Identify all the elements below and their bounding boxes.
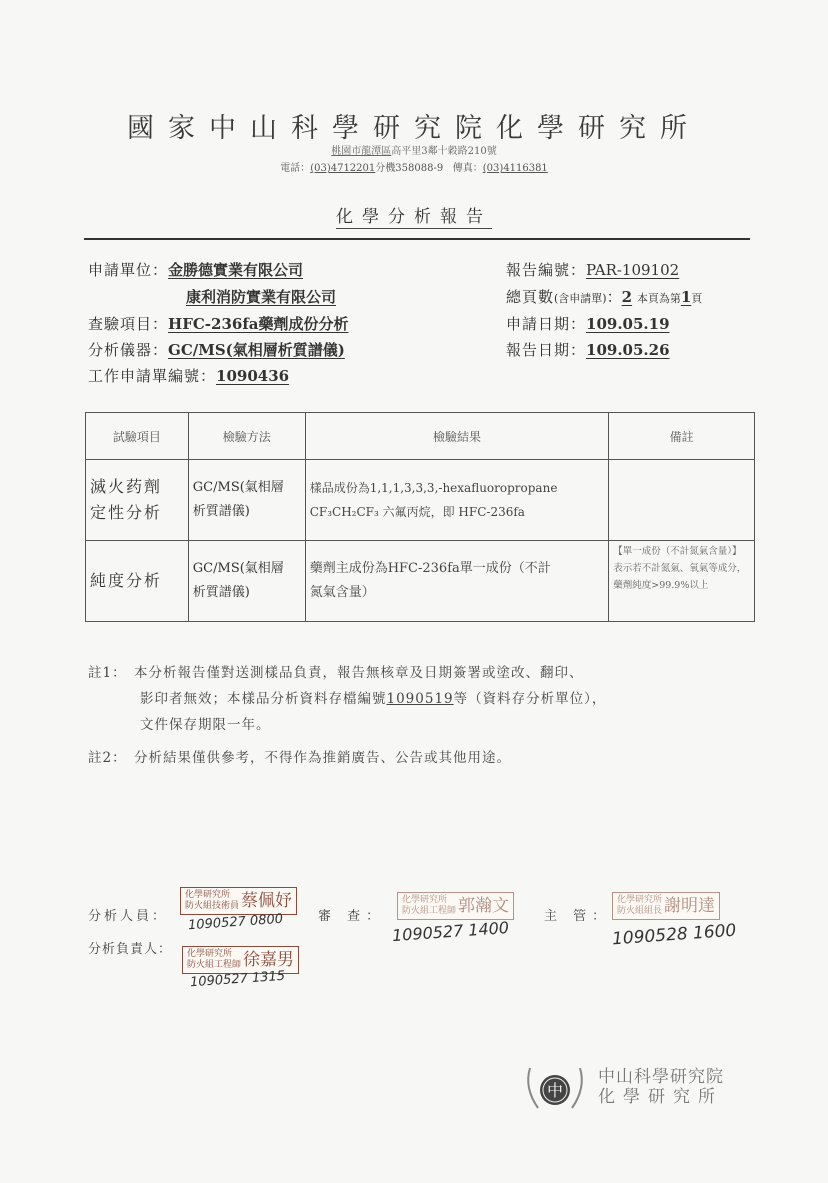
applicant-field: 申請單位：金勝德實業有限公司: [88, 259, 303, 280]
analyst-label: 分析人員：: [88, 905, 168, 924]
stamp-org-line: 防火組工程師: [402, 906, 456, 916]
results-table: 試驗項目 檢驗方法 檢驗結果 備註 滅火药劑 定性分析 GC/MS(氣相層 析質…: [85, 412, 755, 622]
applicant-value-1: 金勝德實業有限公司: [168, 261, 303, 279]
instrument-field: 分析儀器：GC/MS(氣相層析質譜儀): [88, 339, 345, 360]
row-method: GC/MS(氣相層 析質譜儀): [188, 541, 305, 622]
tel-label: 電話：: [280, 163, 310, 174]
reviewer-stamp: 化學研究所防火組工程師郭瀚文: [397, 892, 514, 920]
total-pages-colon: ：: [607, 288, 622, 306]
note-1-line-1: 本分析報告僅對送測樣品負責，報告無核章及日期簽署或塗改、翻印、: [134, 665, 584, 681]
stamp-org: 化學研究所防火組工程師: [402, 895, 456, 917]
document-title-text: 化學分析報告: [336, 207, 492, 229]
stamp-org-line: 防火組工程師: [187, 960, 241, 970]
instrument-label: 分析儀器：: [88, 341, 168, 359]
row-result: 藥劑主成份為HFC-236fa單一成份（不計 氮氣含量）: [305, 541, 609, 622]
institute-logo-text: 中山科學研究院 化學研究所: [598, 1067, 724, 1107]
note-1-line-2b: 等（資料存分析單位），: [454, 691, 607, 707]
total-pages-label: 總頁數: [506, 288, 554, 306]
applicant-field-line2: 康利消防實業有限公司: [186, 286, 336, 307]
supervisor-signed-date: 1090528 1600: [611, 921, 736, 950]
apply-date-value: 109.05.19: [586, 315, 670, 333]
note-2-tag: 註2：: [88, 745, 134, 771]
row-result-line: CF₃CH₂CF₃ 六氟丙烷，即 HFC-236fa: [310, 500, 605, 524]
total-pages-field: 總頁數(含申請單)：2 本頁為第1頁: [506, 286, 702, 307]
organization-address: 桃園市龍潭區高平里3鄰十穀路210號: [0, 142, 828, 157]
supervisor-label: 主 管：: [544, 905, 611, 924]
fax-number: (03)4116381: [483, 163, 548, 174]
row-item-line: 滅火药劑: [90, 474, 184, 500]
row-item-line: 純度分析: [90, 568, 184, 594]
supervisor-name: 謝明達: [664, 900, 715, 912]
header-divider: [84, 238, 750, 240]
institute-logo: 中: [520, 1058, 590, 1118]
row-item: 滅火药劑 定性分析: [86, 460, 189, 541]
tel-extension: 分機358088-9: [375, 163, 443, 174]
row-item: 純度分析: [86, 541, 189, 622]
report-date-value: 109.05.26: [586, 341, 670, 359]
row-item-line: 定性分析: [90, 500, 184, 526]
reviewer-name: 郭瀚文: [458, 900, 509, 912]
row-result-line: 樣品成份為1,1,1,3,3,3,-hexafluoropropane: [310, 476, 605, 500]
note-2-line-1: 分析結果僅供參考，不得作為推銷廣告、公告或其他用途。: [134, 750, 511, 766]
organization-contact: 電話：(03)4712201分機358088-9 傳真：(03)4116381: [0, 159, 828, 174]
this-page-value: 1: [681, 288, 691, 306]
stamp-org-line: 化學研究所: [617, 895, 662, 905]
emblem-char: 中: [547, 1081, 563, 1100]
stamp-org: 化學研究所防火組技術員: [185, 890, 239, 912]
header-test-result: 檢驗結果: [305, 413, 609, 460]
supervisor-stamp: 化學研究所防火組組長謝明達: [612, 892, 720, 920]
row-remark: 【單一成份（不計氮氣含量）】表示若不計氮氣、氧氣等成分，藥劑純度>99.9%以上: [609, 541, 755, 622]
report-number-value: PAR-109102: [586, 261, 679, 279]
row-method: GC/MS(氣相層 析質譜儀): [188, 460, 305, 541]
tel-number: (03)4712201: [310, 163, 375, 174]
logo-line-1: 中山科學研究院: [598, 1067, 724, 1087]
row-method-line: GC/MS(氣相層: [193, 557, 301, 581]
applicant-label: 申請單位：: [88, 261, 168, 279]
stamp-org-line: 防火組組長: [617, 906, 662, 916]
note-1-line-3: 文件保存期限一年。: [88, 712, 768, 738]
row-result: 樣品成份為1,1,1,3,3,3,-hexafluoropropane CF₃C…: [305, 460, 609, 541]
report-number-field: 報告編號：PAR-109102: [506, 259, 679, 280]
stamp-org-line: 化學研究所: [187, 949, 232, 959]
stamp-org: 化學研究所防火組工程師: [187, 949, 241, 971]
document-title: 化學分析報告: [0, 202, 828, 227]
row-method-line: GC/MS(氣相層: [193, 476, 301, 500]
apply-date-label: 申請日期：: [506, 315, 586, 333]
archive-number: 1090519: [387, 691, 454, 707]
test-item-label: 查驗項目：: [88, 315, 168, 333]
stamp-org-line: 化學研究所: [402, 895, 447, 905]
header-remarks: 備註: [609, 413, 755, 460]
table-row: 純度分析 GC/MS(氣相層 析質譜儀) 藥劑主成份為HFC-236fa單一成份…: [86, 541, 755, 622]
report-date-field: 報告日期：109.05.26: [506, 339, 670, 360]
address-district: 桃園市龍潭區: [331, 146, 391, 157]
note-1: 註1：本分析報告僅對送測樣品負責，報告無核章及日期簽署或塗改、翻印、 影印者無效…: [88, 660, 768, 738]
organization-name: 國家中山科學研究院化學研究所: [0, 106, 828, 145]
reviewer-signed-date: 1090527 1400: [391, 918, 509, 945]
apply-date-field: 申請日期：109.05.19: [506, 313, 670, 334]
stamp-org-line: 化學研究所: [185, 890, 230, 900]
applicant-value-2: 康利消防實業有限公司: [186, 288, 336, 306]
row-result-line: 氮氣含量）: [310, 581, 605, 605]
note-1-tag: 註1：: [88, 660, 134, 686]
table-header-row: 試驗項目 檢驗方法 檢驗結果 備註: [86, 413, 755, 460]
laurel-emblem-icon: 中: [520, 1058, 590, 1118]
header-test-method: 檢驗方法: [188, 413, 305, 460]
row-remark: [609, 460, 755, 541]
table-row: 滅火药劑 定性分析 GC/MS(氣相層 析質譜儀) 樣品成份為1,1,1,3,3…: [86, 460, 755, 541]
responsible-label: 分析負責人：: [88, 938, 172, 957]
row-method-line: 析質譜儀): [193, 500, 301, 524]
stamp-org: 化學研究所防火組組長: [617, 895, 662, 917]
test-item-field: 查驗項目：HFC-236fa藥劑成份分析: [88, 313, 349, 334]
reviewer-label: 審 查：: [318, 905, 385, 924]
work-order-value: 1090436: [216, 367, 289, 385]
analyst-name: 蔡佩妤: [241, 895, 292, 907]
note-2: 註2：分析結果僅供參考，不得作為推銷廣告、公告或其他用途。: [88, 745, 768, 771]
logo-line-2: 化學研究所: [598, 1087, 724, 1107]
page-unit: 頁: [691, 292, 702, 305]
instrument-value: GC/MS(氣相層析質譜儀): [168, 341, 345, 359]
work-order-label: 工作申請單編號：: [88, 367, 216, 385]
test-item-value: HFC-236fa藥劑成份分析: [168, 315, 348, 333]
row-result-line: 藥劑主成份為HFC-236fa單一成份（不計: [310, 557, 605, 581]
responsible-name: 徐嘉男: [243, 954, 294, 966]
total-pages-note: (含申請單): [554, 292, 607, 305]
work-order-field: 工作申請單編號：1090436: [88, 365, 289, 386]
note-1-line-2a: 影印者無效；本樣品分析資料存檔編號: [140, 691, 387, 707]
analyst-stamp: 化學研究所防火組技術員蔡佩妤: [180, 887, 297, 915]
address-street: 高平里3鄰十穀路210號: [391, 146, 496, 157]
total-pages-value: 2: [622, 288, 632, 306]
fax-label: 傳真：: [453, 163, 483, 174]
report-number-label: 報告編號：: [506, 261, 586, 279]
row-method-line: 析質譜儀): [193, 581, 301, 605]
header-test-item: 試驗項目: [86, 413, 189, 460]
report-date-label: 報告日期：: [506, 341, 586, 359]
this-page-label: 本頁為第: [637, 292, 681, 305]
stamp-org-line: 防火組技術員: [185, 901, 239, 911]
